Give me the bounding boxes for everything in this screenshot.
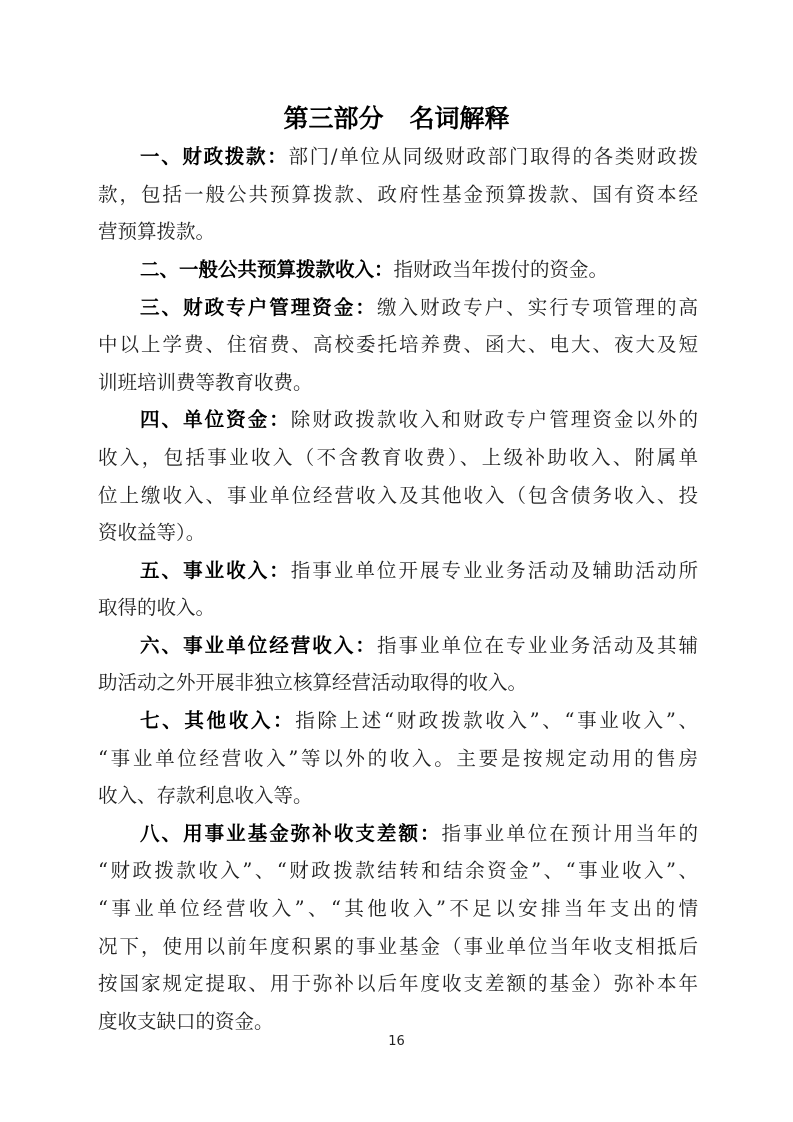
term-label: 三、财政专户管理资金： (140, 296, 377, 319)
page-title: 第三部分名词解释 (0, 99, 793, 135)
term-label: 五、事业收入： (140, 559, 291, 582)
term-label: 四、单位资金： (140, 408, 291, 431)
text-line: 助活动之外开展非独立核算经营活动取得的收入。 (98, 668, 698, 698)
text-line: 营预算拨款。 (98, 217, 698, 247)
definition-special-account-funds: 三、财政专户管理资金：缴入财政专户、实行专项管理的高 (140, 293, 698, 323)
term-label: 六、事业单位经营收入： (140, 634, 377, 657)
text-line: 度收支缺口的资金。 (98, 1007, 698, 1037)
title-part: 第三部分 (283, 104, 383, 133)
text-line: 收入、存款利息收入等。 (98, 781, 698, 811)
text-line: “事业单位经营收入”等以外的收入。主要是按规定动用的售房 (98, 744, 698, 774)
term-label: 一、财政拨款： (140, 145, 288, 168)
definition-unit-funds: 四、单位资金：除财政拨款收入和财政专户管理资金以外的 (140, 405, 698, 435)
term-label: 二、一般公共预算拨款收入： (140, 258, 394, 281)
definition-business-fund-offset: 八、用事业基金弥补收支差额：指事业单位在预计用当年的 (140, 819, 698, 849)
title-subject: 名词解释 (410, 104, 510, 133)
text-line: 取得的收入。 (98, 593, 698, 623)
text-line: “财政拨款收入”、“财政拨款结转和结余资金”、“事业收入”、 (98, 856, 698, 886)
text-line: 款，包括一般公共预算拨款、政府性基金预算拨款、国有资本经 (98, 180, 698, 210)
page-number: 16 (0, 1034, 793, 1049)
text-line: 按国家规定提取、用于弥补以后年度收支差额的基金）弥补本年 (98, 969, 698, 999)
document-page: 第三部分名词解释 一、财政拨款：部门/单位从同级财政部门取得的各类财政拨 款，包… (0, 0, 793, 1122)
text-line: “事业单位经营收入”、“其他收入”不足以安排当年支出的情 (98, 894, 698, 924)
text-line: 训班培训费等教育收费。 (98, 368, 698, 398)
definition-business-income: 五、事业收入：指事业单位开展专业业务活动及辅助活动所 (140, 556, 698, 586)
term-label: 七、其他收入： (140, 709, 295, 732)
definition-fiscal-appropriation: 一、财政拨款：部门/单位从同级财政部门取得的各类财政拨 (140, 142, 698, 172)
text-line: 位上缴收入、事业单位经营收入及其他收入（包含债务收入、投 (98, 481, 698, 511)
text-line: 收入，包括事业收入（不含教育收费）、上级补助收入、附属单 (98, 443, 698, 473)
text-line: 况下，使用以前年度积累的事业基金（事业单位当年收支相抵后 (98, 932, 698, 962)
definition-operating-income: 六、事业单位经营收入：指事业单位在专业业务活动及其辅 (140, 631, 698, 661)
definition-other-income: 七、其他收入：指除上述“财政拨款收入”、“事业收入”、 (140, 706, 698, 736)
definition-general-budget-income: 二、一般公共预算拨款收入：指财政当年拨付的资金。 (140, 255, 698, 285)
text-line: 资收益等）。 (98, 518, 698, 548)
text-line: 中以上学费、住宿费、高校委托培养费、函大、电大、夜大及短 (98, 330, 698, 360)
term-label: 八、用事业基金弥补收支差额： (140, 822, 442, 845)
